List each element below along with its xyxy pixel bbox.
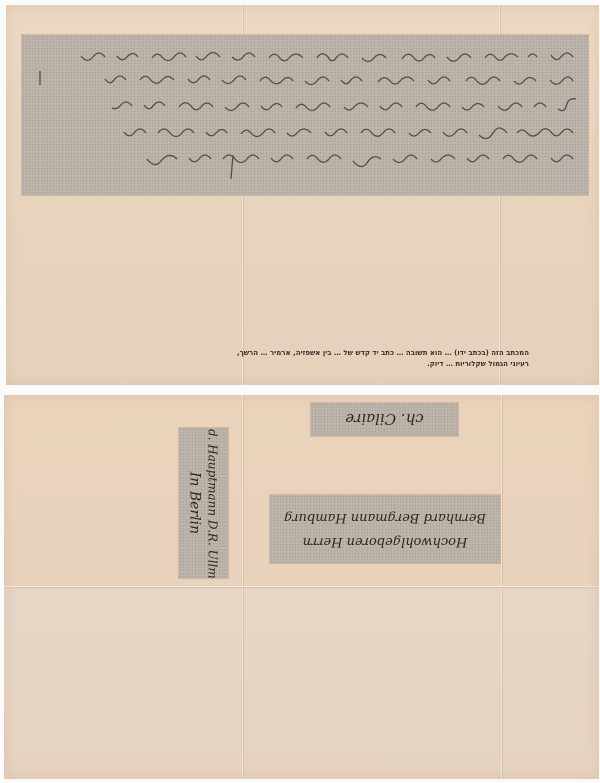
- vertical-text: Mr. d. Hauptmann D.R. Ullmann In Berlin: [179, 428, 228, 578]
- handwriting-strokes-icon: [28, 43, 578, 65]
- upside-down-text: Hochwohlgeboren Herrn Bernhard Bergmann …: [270, 495, 500, 563]
- fold-line: [501, 395, 503, 583]
- envelope-sheet: ch. Cilaire Mr. d. Hauptmann D.R. Ullman…: [4, 395, 599, 779]
- address-vertical-line-1: Mr. d. Hauptmann D.R. Ullmann: [204, 428, 222, 578]
- handwriting-strokes-icon: [28, 145, 578, 181]
- address-vertical-line-2: In Berlin: [186, 428, 204, 578]
- fold-line: [4, 586, 599, 588]
- address-main-line-1: Hochwohlgeboren Herrn: [303, 529, 468, 553]
- address-small-text: ch. Cilaire: [345, 411, 423, 429]
- handwritten-line: [28, 119, 578, 139]
- caption-line-2: רעיוני הגמול שקלוריות … דיוק.: [69, 359, 529, 370]
- address-vertical: Mr. d. Hauptmann D.R. Ullmann In Berlin: [179, 428, 228, 578]
- caption-line-1: המכתב הזה (בכתב ידו) … הוא תשובה … כתב י…: [69, 348, 529, 359]
- handwritten-line: [28, 145, 578, 181]
- address-main: Hochwohlgeboren Herrn Bernhard Bergmann …: [270, 495, 500, 563]
- address-stamp-small: ch. Cilaire: [311, 403, 458, 436]
- fold-line: [501, 589, 503, 779]
- handwritten-letter-panel: [22, 35, 588, 195]
- handwritten-line: [28, 67, 578, 87]
- caption: המכתב הזה (בכתב ידו) … הוא תשובה … כתב י…: [69, 348, 529, 370]
- handwriting-strokes-icon: [28, 67, 578, 89]
- handwritten-line: [28, 43, 578, 63]
- upside-down-text: ch. Cilaire: [311, 403, 458, 436]
- letter-sheet: המכתב הזה (בכתב ידו) … הוא תשובה … כתב י…: [6, 5, 599, 385]
- address-main-line-2: Bernhard Bergmann Hamburg: [284, 505, 486, 529]
- handwriting-strokes-icon: [28, 93, 578, 115]
- handwriting-strokes-icon: [28, 119, 578, 141]
- handwritten-line: [28, 93, 578, 113]
